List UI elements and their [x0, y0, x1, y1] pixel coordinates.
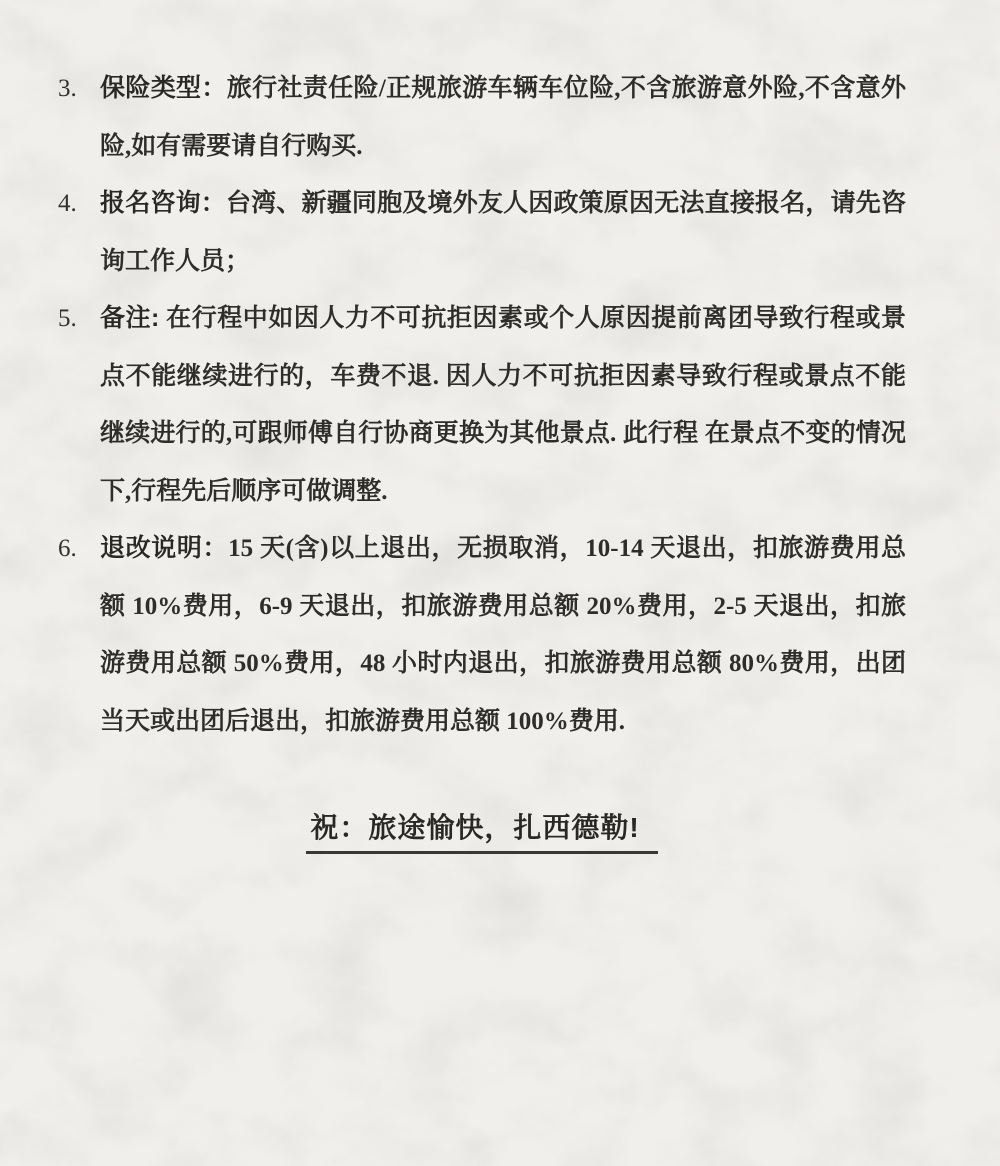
list-item-3: 3. 保险类型：旅行社责任险/正规旅游车辆车位险,不含旅游意外险,不含意外险,如… — [58, 60, 906, 175]
document-page: 3. 保险类型：旅行社责任险/正规旅游车辆车位险,不含旅游意外险,不含意外险,如… — [58, 0, 906, 854]
item-number: 5. — [58, 290, 94, 348]
item-label: 备注: — [100, 304, 159, 332]
item-number: 4. — [58, 175, 94, 233]
item-paragraph: 备注: 在行程中如因人力不可抗拒因素或个人原因提前离团导致行程或景点不能继续进行… — [100, 290, 906, 520]
list-item-4: 4. 报名咨询：台湾、新疆同胞及境外友人因政策原因无法直接报名，请先咨询工作人员… — [58, 175, 906, 290]
list-item-6: 6. 退改说明：15 天(含)以上退出，无损取消，10-14 天退出，扣旅游费用… — [58, 520, 906, 750]
item-number: 6. — [58, 520, 94, 578]
item-label: 报名咨询： — [100, 189, 226, 217]
item-body: 在行程中如因人力不可抗拒因素或个人原因提前离团导致行程或景点不能继续进行的，车费… — [100, 305, 906, 505]
item-label: 退改说明： — [100, 534, 228, 562]
item-paragraph: 保险类型：旅行社责任险/正规旅游车辆车位险,不含旅游意外险,不含意外险,如有需要… — [100, 60, 906, 175]
item-body: 15 天(含)以上退出，无损取消，10-14 天退出，扣旅游费用总额 10%费用… — [100, 535, 906, 735]
closing-blessing: 祝：旅途愉快，扎西德勒! — [58, 806, 906, 854]
item-paragraph: 报名咨询：台湾、新疆同胞及境外友人因政策原因无法直接报名，请先咨询工作人员； — [100, 175, 906, 290]
item-paragraph: 退改说明：15 天(含)以上退出，无损取消，10-14 天退出，扣旅游费用总额 … — [100, 520, 906, 750]
item-label: 保险类型： — [100, 74, 227, 102]
blessing-text: 祝：旅途愉快，扎西德勒! — [306, 806, 657, 854]
list-item-5: 5. 备注: 在行程中如因人力不可抗拒因素或个人原因提前离团导致行程或景点不能继… — [58, 290, 906, 520]
item-number: 3. — [58, 60, 94, 118]
